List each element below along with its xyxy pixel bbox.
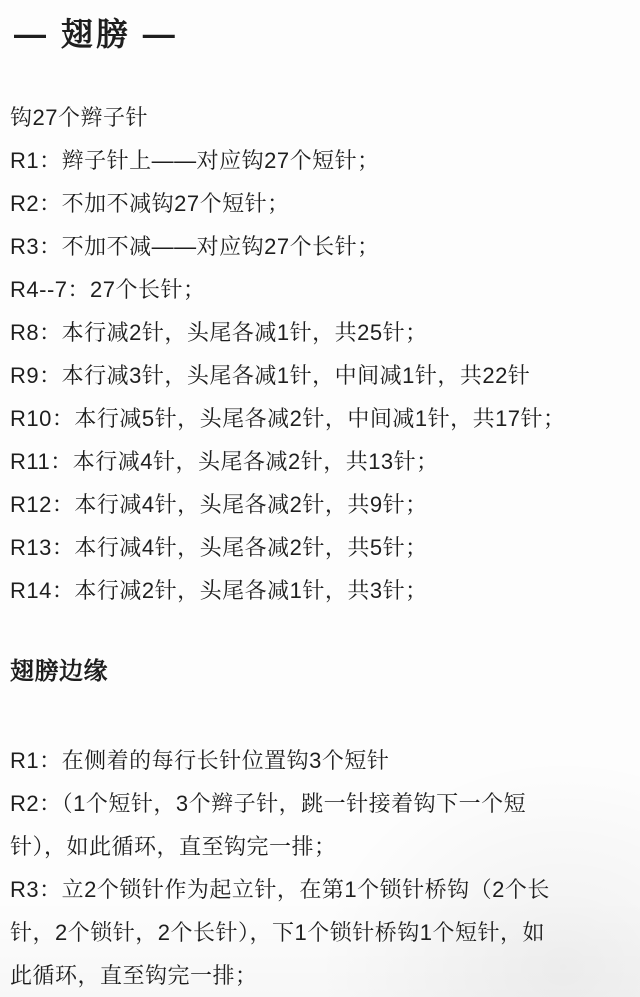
pattern-line-r13: R13：本行减4针，头尾各减2针，共5针；	[10, 526, 640, 569]
page-root: — 翅膀 — 钩27个辫子针 R1：辫子针上——对应钩27个短针； R2：不加不…	[0, 0, 640, 997]
edge-line-r2-b: 针），如此循环，直至钩完一排；	[10, 825, 640, 868]
pattern-line-r14: R14：本行减2针，头尾各减1针，共3针；	[10, 569, 640, 612]
pattern-line-r1: R1：辫子针上——对应钩27个短针；	[10, 139, 640, 182]
spacer	[0, 612, 640, 650]
spacer	[0, 693, 640, 739]
pattern-line-r2: R2：不加不减钩27个短针；	[10, 182, 640, 225]
edge-line-r1: R1：在侧着的每行长针位置钩3个短针	[10, 739, 640, 782]
edge-line-r2-a: R2：（1个短针，3个辫子针，跳一针接着钩下一个短	[10, 782, 640, 825]
edge-line-r3-c: 此循环，直至钩完一排；	[10, 954, 640, 997]
pattern-line-r10: R10：本行减5针，头尾各减2针，中间减1针，共17针；	[10, 397, 640, 440]
pattern-line-r3: R3：不加不减——对应钩27个长针；	[10, 225, 640, 268]
spacer	[0, 56, 640, 96]
section-heading-wing-edge: 翅膀边缘	[10, 650, 640, 693]
pattern-line-r8: R8：本行减2针，头尾各减1针，共25针；	[10, 311, 640, 354]
pattern-line-r12: R12：本行减4针，头尾各减2针，共9针；	[10, 483, 640, 526]
edge-line-r3-b: 针，2个锁针，2个长针），下1个锁针桥钩1个短针，如	[10, 911, 640, 954]
pattern-line-r11: R11：本行减4针，头尾各减2针，共13针；	[10, 440, 640, 483]
pattern-line-r9: R9：本行减3针，头尾各减1针，中间减1针，共22针	[10, 354, 640, 397]
pattern-line-r4-7: R4--7：27个长针；	[10, 268, 640, 311]
pattern-intro: 钩27个辫子针	[10, 96, 640, 139]
page-title: — 翅膀 —	[14, 12, 640, 56]
edge-line-r3-a: R3：立2个锁针作为起立针，在第1个锁针桥钩（2个长	[10, 868, 640, 911]
